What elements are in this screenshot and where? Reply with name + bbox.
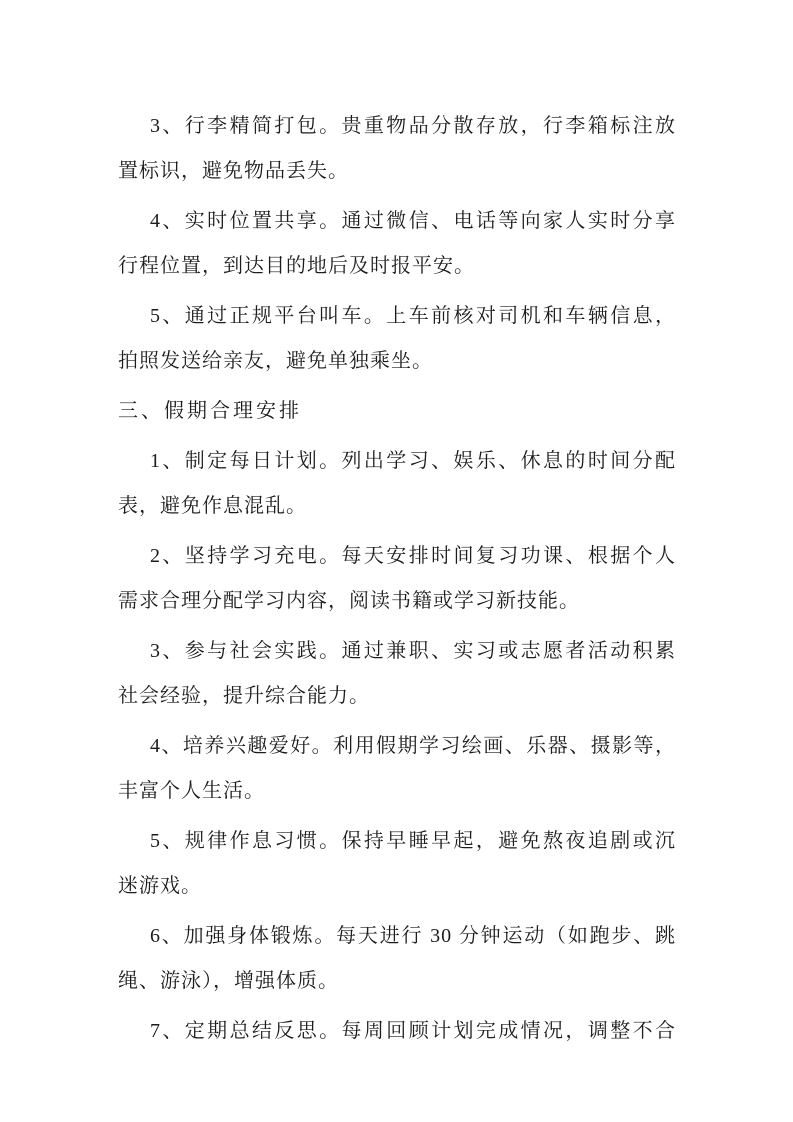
paragraph: 3、参与社会实践。通过兼职、实习或志愿者活动积累社会经验，提升综合能力。 — [118, 629, 676, 719]
text-line: 4、培养兴趣爱好。利用假期学习绘画、乐器、摄影等， — [118, 724, 676, 769]
text-line: 需求合理分配学习内容，阅读书籍或学习新技能。 — [118, 579, 676, 624]
paragraph: 4、实时位置共享。通过微信、电话等向家人实时分享行程位置，到达目的地后及时报平安… — [118, 199, 676, 289]
text-line: 迷游戏。 — [118, 864, 676, 909]
paragraph: 4、培养兴趣爱好。利用假期学习绘画、乐器、摄影等，丰富个人生活。 — [118, 724, 676, 814]
text-line: 绳、游泳），增强体质。 — [118, 959, 676, 1004]
paragraph: 5、规律作息习惯。保持早睡早起，避免熬夜追剧或沉迷游戏。 — [118, 819, 676, 909]
text-line: 丰富个人生活。 — [118, 769, 676, 814]
paragraph: 7、定期总结反思。每周回顾计划完成情况，调整不合 — [118, 1009, 676, 1054]
text-line: 3、行李精简打包。贵重物品分散存放，行李箱标注放 — [118, 104, 676, 149]
text-line: 7、定期总结反思。每周回顾计划完成情况，调整不合 — [118, 1009, 676, 1054]
text-line: 行程位置，到达目的地后及时报平安。 — [118, 244, 676, 289]
text-line: 4、实时位置共享。通过微信、电话等向家人实时分享 — [118, 199, 676, 244]
paragraph: 2、坚持学习充电。每天安排时间复习功课、根据个人需求合理分配学习内容，阅读书籍或… — [118, 534, 676, 624]
paragraph: 5、通过正规平台叫车。上车前核对司机和车辆信息，拍照发送给亲友，避免单独乘坐。 — [118, 294, 676, 384]
text-line: 3、参与社会实践。通过兼职、实习或志愿者活动积累 — [118, 629, 676, 674]
text-line: 三、假期合理安排 — [118, 389, 676, 434]
paragraph: 6、加强身体锻炼。每天进行 30 分钟运动（如跑步、跳绳、游泳），增强体质。 — [118, 914, 676, 1004]
paragraph: 3、行李精简打包。贵重物品分散存放，行李箱标注放置标识，避免物品丢失。 — [118, 104, 676, 194]
text-line: 5、规律作息习惯。保持早睡早起，避免熬夜追剧或沉 — [118, 819, 676, 864]
text-line: 6、加强身体锻炼。每天进行 30 分钟运动（如跑步、跳 — [118, 914, 676, 959]
text-line: 社会经验，提升综合能力。 — [118, 674, 676, 719]
text-line: 2、坚持学习充电。每天安排时间复习功课、根据个人 — [118, 534, 676, 579]
paragraph: 1、制定每日计划。列出学习、娱乐、休息的时间分配表，避免作息混乱。 — [118, 439, 676, 529]
text-line: 置标识，避免物品丢失。 — [118, 149, 676, 194]
text-line: 1、制定每日计划。列出学习、娱乐、休息的时间分配 — [118, 439, 676, 484]
text-line: 表，避免作息混乱。 — [118, 484, 676, 529]
text-line: 5、通过正规平台叫车。上车前核对司机和车辆信息， — [118, 294, 676, 339]
document-body: 3、行李精简打包。贵重物品分散存放，行李箱标注放置标识，避免物品丢失。4、实时位… — [118, 104, 676, 1059]
document-page: 3、行李精简打包。贵重物品分散存放，行李箱标注放置标识，避免物品丢失。4、实时位… — [0, 0, 793, 1122]
text-line: 拍照发送给亲友，避免单独乘坐。 — [118, 339, 676, 384]
section-heading: 三、假期合理安排 — [118, 389, 676, 434]
